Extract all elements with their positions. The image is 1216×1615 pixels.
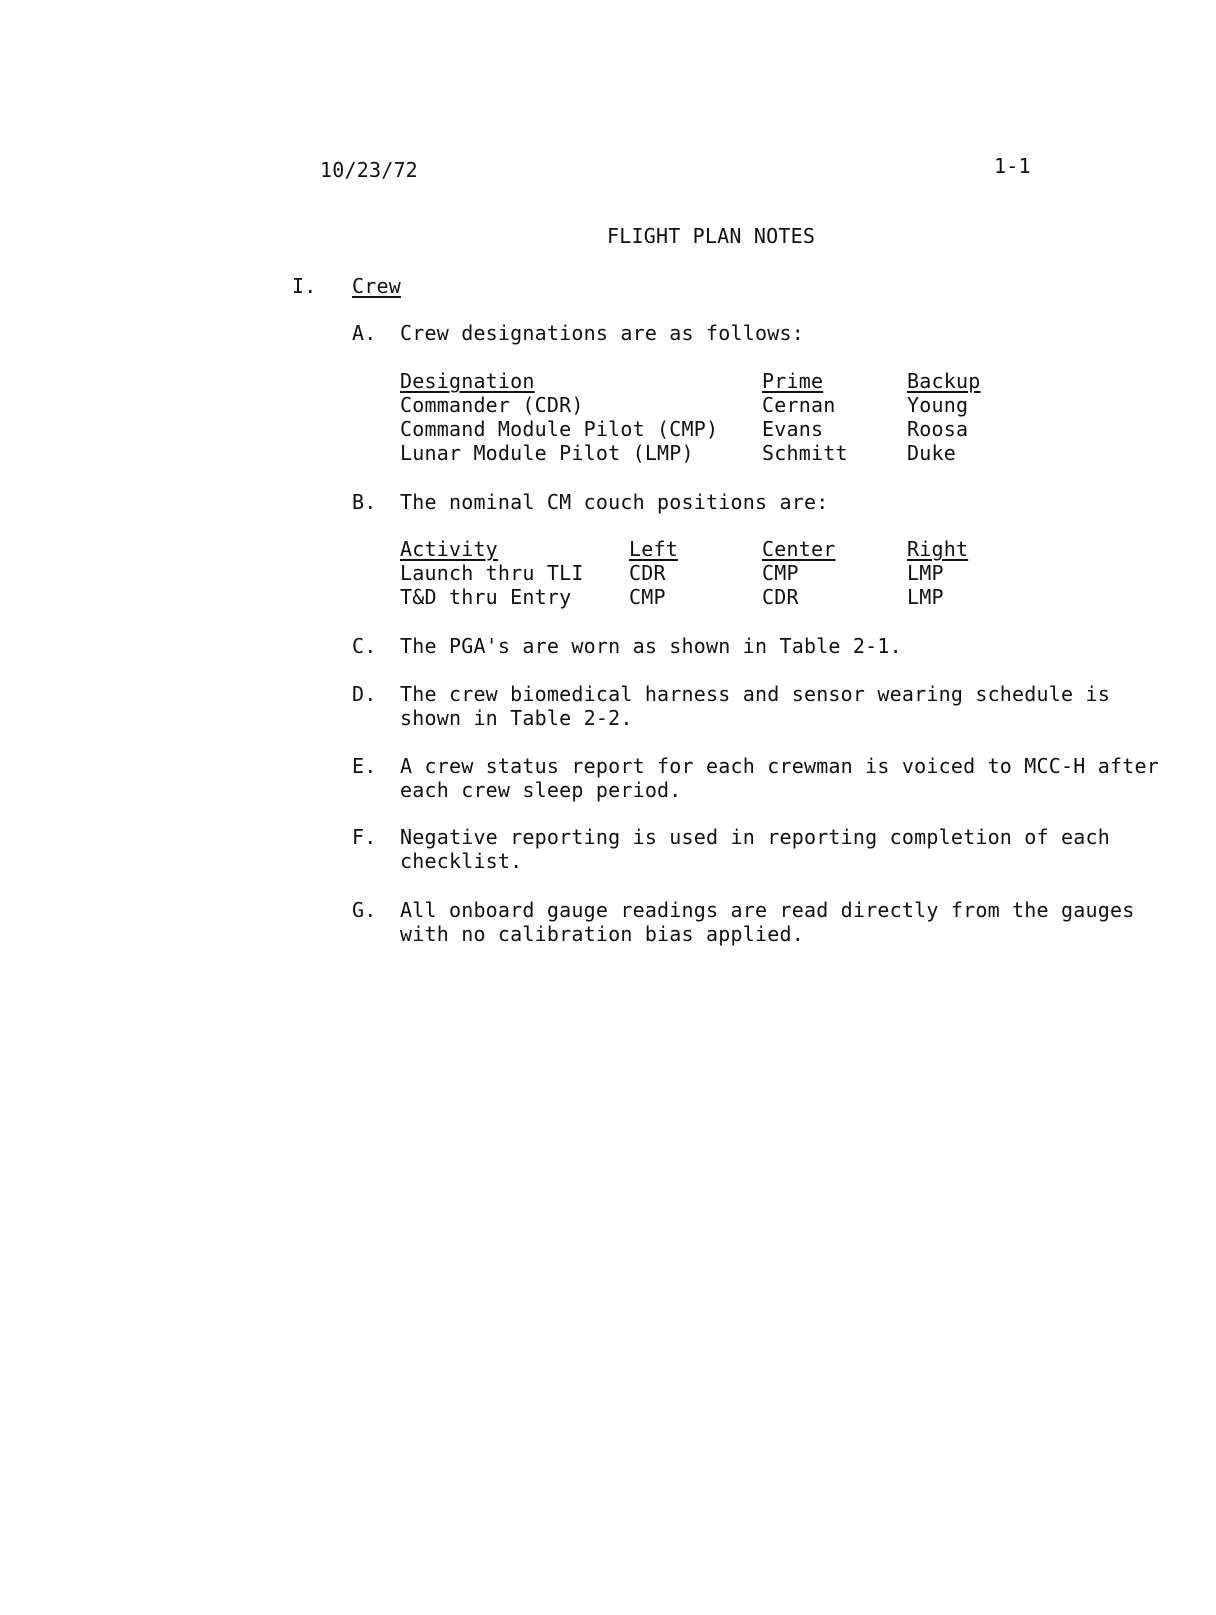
- cell-right: LMP: [907, 585, 968, 609]
- table-header-row: Designation Prime Backup: [400, 369, 980, 393]
- item-text-line2: shown in Table 2-2.: [400, 706, 633, 730]
- section-numeral: I.: [292, 274, 316, 298]
- item-letter: G.: [352, 898, 376, 922]
- item-text-line1: Negative reporting is used in reporting …: [400, 825, 1110, 849]
- cell-right: LMP: [907, 561, 968, 585]
- cell-left: CDR: [629, 561, 762, 585]
- column-header-activity: Activity: [400, 537, 498, 561]
- column-header-center: Center: [762, 537, 835, 561]
- column-header-left: Left: [629, 537, 678, 561]
- column-header-backup: Backup: [907, 369, 980, 393]
- cell-designation: Lunar Module Pilot (LMP): [400, 441, 762, 465]
- cell-left: CMP: [629, 585, 762, 609]
- table-row: Lunar Module Pilot (LMP) Schmitt Duke: [400, 441, 980, 465]
- table-header-row: Activity Left Center Right: [400, 537, 968, 561]
- cell-prime: Schmitt: [762, 441, 907, 465]
- page-title: FLIGHT PLAN NOTES: [607, 224, 815, 248]
- document-date: 10/23/72: [320, 158, 418, 182]
- table-row: T&D thru Entry CMP CDR LMP: [400, 585, 968, 609]
- item-text-line2: with no calibration bias applied.: [400, 922, 804, 946]
- cell-prime: Cernan: [762, 393, 907, 417]
- couch-positions-table: Activity Left Center Right Launch thru T…: [400, 537, 968, 609]
- item-text: Crew designations are as follows:: [400, 321, 804, 345]
- item-text-line2: checklist.: [400, 849, 522, 873]
- column-header-prime: Prime: [762, 369, 823, 393]
- item-letter: B.: [352, 490, 376, 514]
- cell-center: CMP: [762, 561, 907, 585]
- item-text-line1: All onboard gauge readings are read dire…: [400, 898, 1134, 922]
- page-number: 1-1: [994, 154, 1031, 178]
- cell-backup: Duke: [907, 441, 980, 465]
- item-g: G. All onboard gauge readings are read d…: [0, 898, 1216, 946]
- item-text-line1: The crew biomedical harness and sensor w…: [400, 682, 1110, 706]
- cell-designation: Commander (CDR): [400, 393, 762, 417]
- table-row: Command Module Pilot (CMP) Evans Roosa: [400, 417, 980, 441]
- column-header-right: Right: [907, 537, 968, 561]
- item-letter: F.: [352, 825, 376, 849]
- cell-backup: Young: [907, 393, 980, 417]
- table-row: Commander (CDR) Cernan Young: [400, 393, 980, 417]
- cell-center: CDR: [762, 585, 907, 609]
- item-letter: C.: [352, 634, 376, 658]
- item-text-line2: each crew sleep period.: [400, 778, 682, 802]
- column-header-designation: Designation: [400, 369, 535, 393]
- item-e: E. A crew status report for each crewman…: [0, 754, 1216, 802]
- cell-prime: Evans: [762, 417, 907, 441]
- cell-backup: Roosa: [907, 417, 980, 441]
- section-heading: Crew: [352, 274, 401, 298]
- item-letter: A.: [352, 321, 376, 345]
- item-letter: E.: [352, 754, 376, 778]
- item-text: The nominal CM couch positions are:: [400, 490, 828, 514]
- item-letter: D.: [352, 682, 376, 706]
- crew-designation-table: Designation Prime Backup Commander (CDR)…: [400, 369, 980, 465]
- table-row: Launch thru TLI CDR CMP LMP: [400, 561, 968, 585]
- item-text: The PGA's are worn as shown in Table 2-1…: [400, 634, 902, 658]
- cell-activity: T&D thru Entry: [400, 585, 629, 609]
- cell-designation: Command Module Pilot (CMP): [400, 417, 762, 441]
- item-d: D. The crew biomedical harness and senso…: [0, 682, 1216, 730]
- cell-activity: Launch thru TLI: [400, 561, 629, 585]
- item-text-line1: A crew status report for each crewman is…: [400, 754, 1159, 778]
- item-f: F. Negative reporting is used in reporti…: [0, 825, 1216, 873]
